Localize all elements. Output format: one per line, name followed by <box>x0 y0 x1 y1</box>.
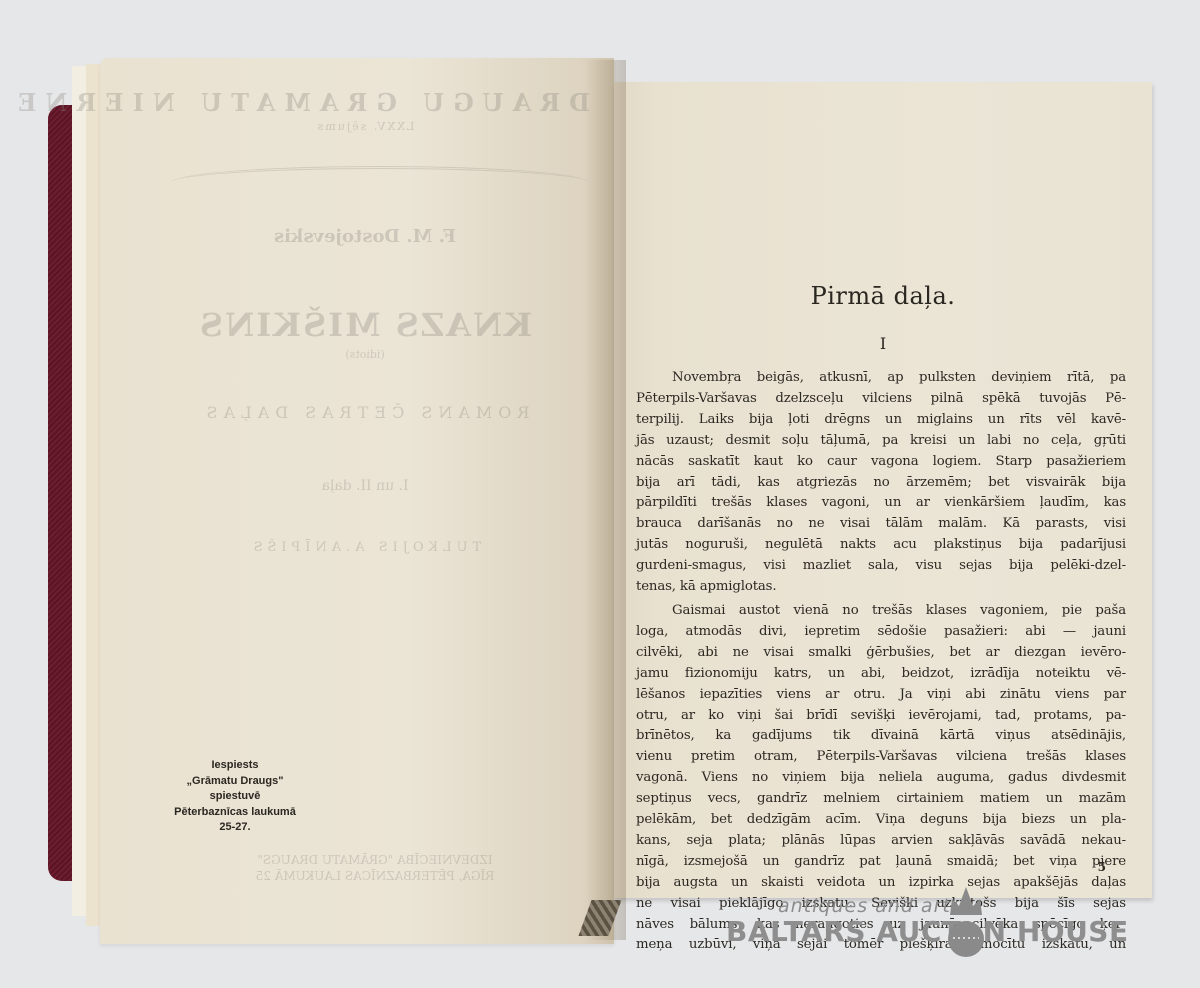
text-line: cilvēki, abi ne visai smalki ģērbušies, … <box>636 643 1126 664</box>
book-gutter-shadow <box>586 60 626 940</box>
bleed-through-series: DRAUGU GRAMATU NIERNE <box>140 88 590 117</box>
bleed-through-translator: TULKOJIS A.ANĪPIŠS <box>140 540 590 555</box>
text-line: septiņus vecs, gandrīz melniem cirtainie… <box>636 789 1126 810</box>
bleed-through-volume: LXXV. sējums <box>140 120 590 133</box>
text-line: Pēterpils-Varšavas dzelzsceļu vilciens p… <box>636 389 1126 410</box>
text-line: otru, ar ko viņi šai brīdī sevišķi ievēr… <box>636 706 1126 727</box>
text-line: brauca darīšanās no ne visai tālām malām… <box>636 514 1126 535</box>
text-line: jamu fizionomiju katrs, un abi, beidzot,… <box>636 664 1126 685</box>
text-line: gurdeni-smagus, visi mazliet sala, visu … <box>636 556 1126 577</box>
text-line: vienu pretim otram, Pēterpils-Varšavas v… <box>636 747 1126 768</box>
chapter-number: I <box>614 334 1152 353</box>
bleed-through-title: KNAZS MIŠKINS <box>140 306 590 344</box>
text-line: bija arī tādi, kas atgriezās no ārzemēm;… <box>636 473 1126 494</box>
text-line: kans, seja plata; plānās lūpas arvien sa… <box>636 831 1126 852</box>
bleed-through-genre: ROMANS ČETRAS DAĻAS <box>140 403 590 422</box>
text-line: bija augsta un skaisti veidota un izpirk… <box>636 873 1126 894</box>
text-line: brīnētos, ka gadījums tik dīvainā kārtā … <box>636 726 1126 747</box>
watermark-tagline: antiques and art <box>778 895 951 917</box>
watermark: antiques and art BALTARS AUCTI N HOUSE <box>720 895 1120 965</box>
text-line: nācās saskatīt kaut ko caur vagona logie… <box>636 452 1126 473</box>
text-line: jutās noguruši, negulētā nakts acu plaks… <box>636 535 1126 556</box>
bleed-through-author: F. M. Dostojevskis <box>140 226 590 247</box>
body-text: Novembŗa beigās, atkusnī, ap pulksten de… <box>636 368 1126 956</box>
printer-imprint: Iespiests „Grāmatu Draugs" spiestuvē Pēt… <box>150 758 320 836</box>
text-line: jās uzaust; desmit soļu tāļumā, pa kreis… <box>636 431 1126 452</box>
text-line: vagonā. Viens no viņiem bija neliela aug… <box>636 768 1126 789</box>
part-heading: Pirmā daļa. <box>614 282 1152 310</box>
crown-icon <box>948 887 984 917</box>
text-line: Novembŗa beigās, atkusnī, ap pulksten de… <box>636 368 1126 389</box>
bleed-through-rule <box>170 166 590 183</box>
bleed-through-parts: I. un II. daļa <box>140 478 590 494</box>
bleed-through-publisher: IZDEVNIECĪBA "GRĀMATU DRAUGS" RĪGA, PĒTE… <box>210 852 540 884</box>
text-line: loga, atmodās divi, iepretim sēdošie pas… <box>636 622 1126 643</box>
text-line: Gaismai austot vienā no trešās klases va… <box>636 601 1126 622</box>
text-line: pārpildīti trešās klases vagoni, un ar v… <box>636 493 1126 514</box>
bleed-through-subtitle: (idiots) <box>140 348 590 361</box>
text-line: pelēkām, bet dedzīgām acīm. Viņa deguns … <box>636 810 1126 831</box>
right-page: Pirmā daļa. I Novembŗa beigās, atkusnī, … <box>614 82 1152 898</box>
left-page: DRAUGU GRAMATU NIERNE LXXV. sējums F. M.… <box>100 58 614 944</box>
text-line: lēšanos iepazīties viens ar otru. Ja viņ… <box>636 685 1126 706</box>
globe-icon <box>948 921 984 957</box>
page-number: 5 <box>1098 860 1106 874</box>
text-line: tenas, kā apmiglotas. <box>636 577 1126 598</box>
watermark-brand: BALTARS AUCTI N HOUSE <box>726 915 1129 948</box>
text-line: terpilij. Laiks bija ļoti drēgns un migl… <box>636 410 1126 431</box>
text-line: nīgā, izsmejošā un gandrīz pat ļaunā sma… <box>636 852 1126 873</box>
